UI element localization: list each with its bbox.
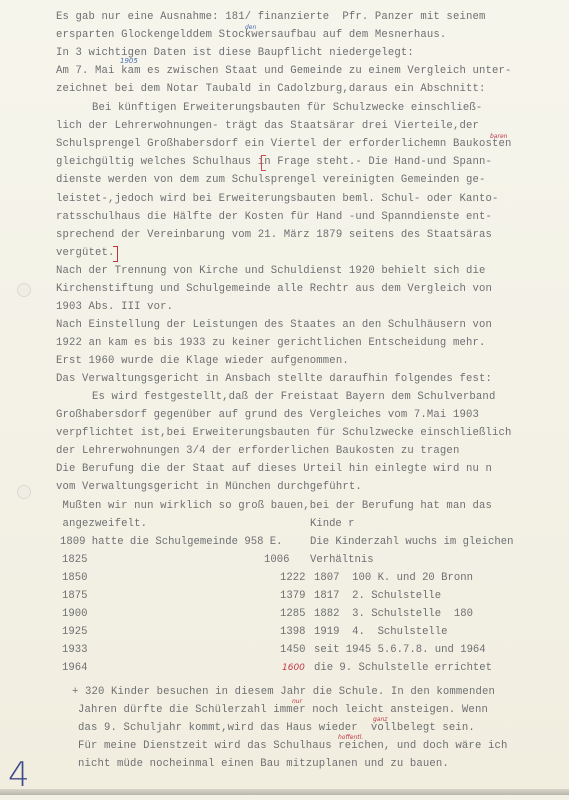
punch-hole (17, 283, 31, 297)
text-line: vergütet. (56, 247, 115, 260)
population-year: 1925 (62, 626, 87, 639)
text-line: zeichnet bei dem Notar Taubald in Cadolz… (56, 83, 485, 96)
text-line: Die Berufung die der Staat auf dieses Ur… (56, 463, 492, 476)
closing-line: nicht müde nocheinmal einen Bau mitzupla… (78, 758, 449, 771)
text-line: der Lehrerwohnungen 3/4 der erforderlich… (56, 445, 459, 458)
text-line: sprechend der Vereinbarung vom 21. März … (56, 229, 492, 242)
text-line: Schulsprengel Großhabersdorf ein Viertel… (56, 138, 512, 151)
annotation-year: 1905 (120, 58, 138, 65)
closing-line: + 320 Kinder besuchen in diesem Jahr die… (72, 686, 495, 699)
text-line: Am 7. Mai kam es zwischen Staat und Geme… (56, 65, 512, 78)
closing-line: Jahren dürfte die Schülerzahl immer noch… (78, 704, 488, 717)
children-line: 1919 4. Schulstelle (314, 626, 448, 639)
text-line: Nach der Trennung von Kirche und Schuldi… (56, 265, 485, 278)
children-line: Kinde r (310, 518, 355, 531)
children-line: 1882 3. Schulstelle 180 (314, 608, 473, 621)
page-edge (0, 789, 569, 795)
text-line: verpflichtet ist,bei Erweiterungsbauten … (56, 427, 512, 440)
population-value-handwritten: 1600 (282, 662, 305, 675)
text-line: In 3 wichtigen Daten ist diese Baupflich… (56, 47, 414, 60)
population-value: 1285 (280, 608, 305, 621)
text-line: lich der Lehrerwohnungen- trägt das Staa… (56, 120, 479, 133)
annotation-hoffentlich: hoffentl. (338, 734, 363, 741)
text-line: dienste werden von dem zum Schulsprengel… (56, 174, 485, 187)
children-line: Verhältnis (310, 554, 374, 567)
text-line: 1903 Abs. III vor. (56, 301, 173, 314)
closing-line: das 9. Schuljahr kommt,wird das Haus wie… (78, 722, 475, 735)
children-line: seit 1945 5.6.7.8. und 1964 (314, 644, 486, 657)
population-year: 1933 (62, 644, 87, 657)
text-line: angezweifelt. (56, 518, 147, 531)
text-line: Es gab nur eine Ausnahme: 181/ finanzier… (56, 11, 485, 24)
closing-line: Für meine Dienstzeit wird das Schulhaus … (78, 740, 507, 753)
text-line: Mußten wir nun wirklich so groß bauen,be… (56, 500, 492, 513)
annotation-den: den (245, 24, 256, 31)
children-line: Die Kinderzahl wuchs im gleichen (310, 536, 513, 549)
text-line: Bei künftigen Erweiterungsbauten für Sch… (92, 102, 482, 115)
text-line: ratsschulhaus die Hälfte der Kosten für … (56, 211, 492, 224)
population-year: 1850 (62, 572, 87, 585)
edit-bracket-open (261, 155, 266, 171)
annotation-ganz: ganz (373, 716, 387, 723)
population-year: 1964 (62, 662, 87, 675)
population-value: 1006 (264, 554, 289, 567)
population-value: 1450 (280, 644, 305, 657)
population-intro: 1809 hatte die Schulgemeinde 958 E. (60, 536, 283, 549)
population-value: 1379 (280, 590, 305, 603)
text-line: Erst 1960 wurde die Klage wieder aufgeno… (56, 355, 349, 368)
annotation-baren: baren (490, 133, 507, 140)
annotation-nur: nur (292, 698, 302, 705)
population-year: 1900 (62, 608, 87, 621)
population-year: 1875 (62, 590, 87, 603)
text-line: Das Verwaltungsgericht in Ansbach stellt… (56, 373, 492, 386)
punch-hole (17, 485, 31, 499)
text-line: gleichgültig welches Schulhaus in Frage … (56, 156, 492, 169)
text-line: Es wird festgestellt,daß der Freistaat B… (92, 391, 495, 404)
text-line: 1922 an kam es bis 1933 zu keiner gerich… (56, 337, 485, 350)
text-line: Großhabersdorf gegenüber auf grund des V… (56, 409, 479, 422)
text-line: Nach Einstellung der Leistungen des Staa… (56, 319, 492, 332)
population-value: 1398 (280, 626, 305, 639)
edit-bracket-close (113, 246, 118, 262)
population-value: 1222 (280, 572, 305, 585)
children-line: 1817 2. Schulstelle (314, 590, 441, 603)
children-line: die 9. Schulstelle errichtet (314, 662, 492, 675)
text-line: vom Verwaltungsgericht in München durchg… (56, 481, 362, 494)
population-year: 1825 (62, 554, 87, 567)
text-line: Kirchenstiftung und Schulgemeinde alle R… (56, 283, 492, 296)
children-line: 1807 100 K. und 20 Bronn (314, 572, 473, 585)
text-line: leistet-,jedoch wird bei Erweiterungsbau… (56, 193, 499, 206)
document-page: Es gab nur eine Ausnahme: 181/ finanzier… (0, 0, 569, 795)
